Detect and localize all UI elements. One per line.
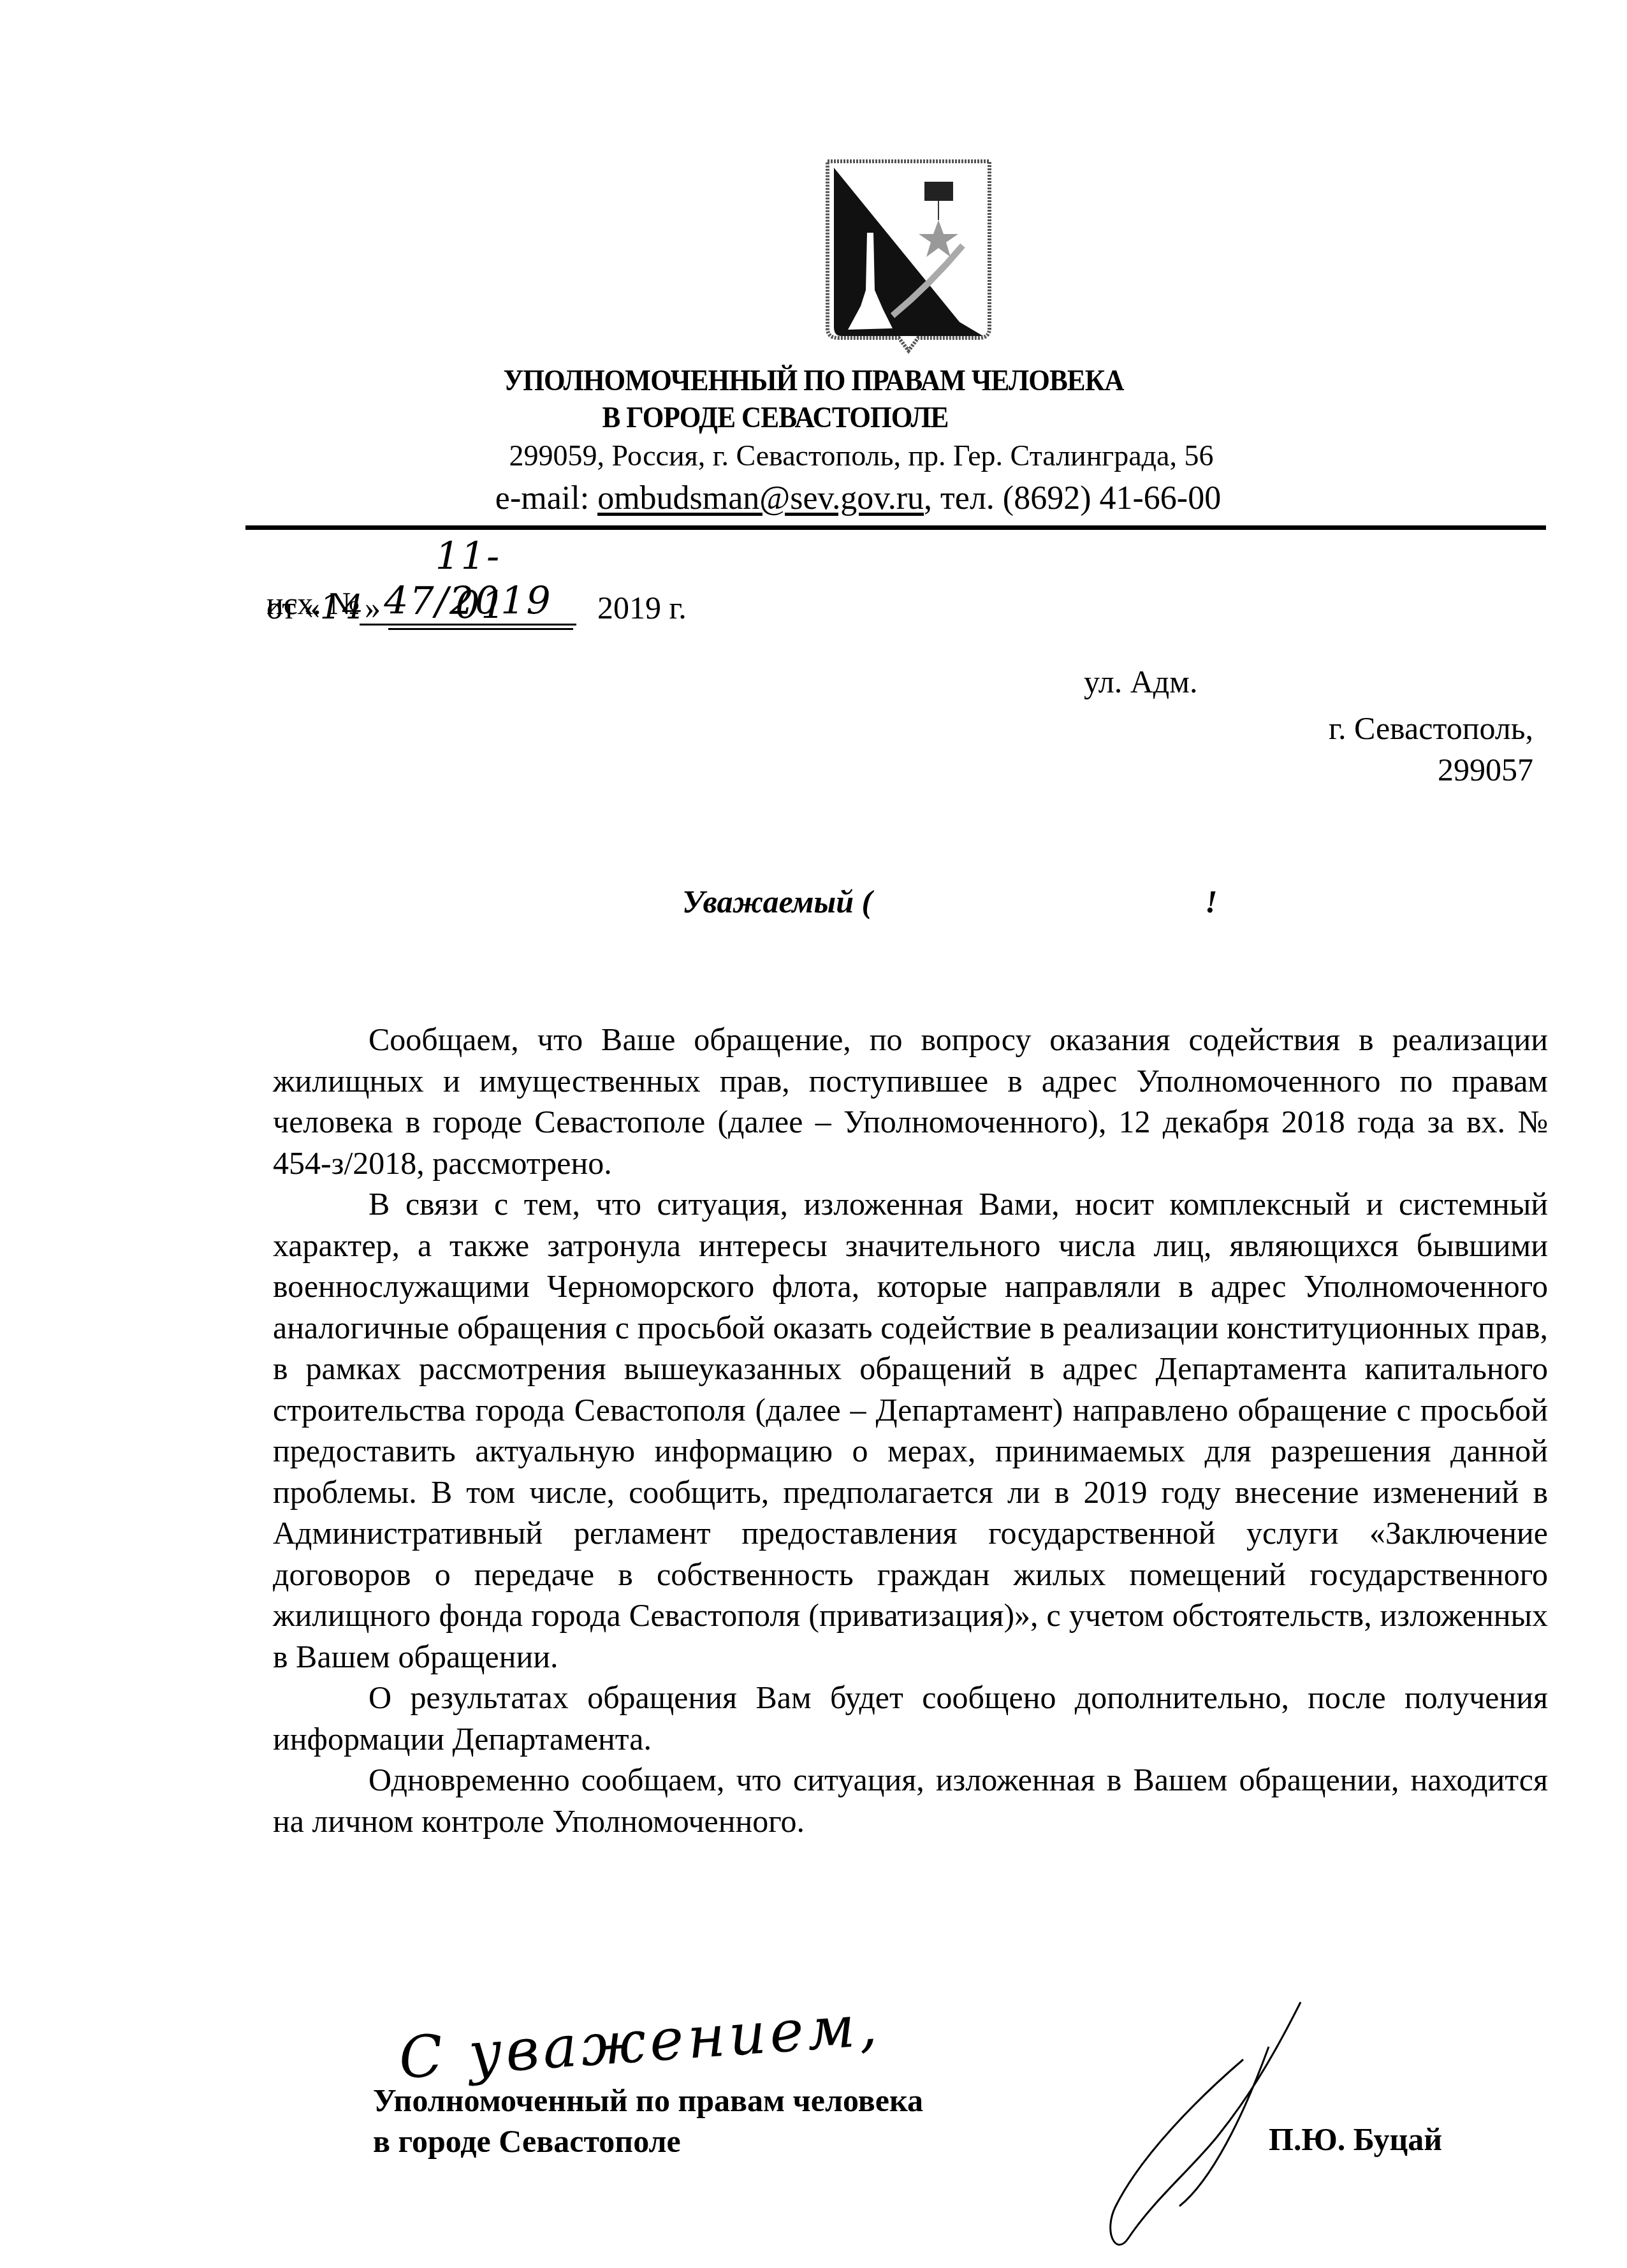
greeting-text: Уважаемый (	[682, 884, 872, 919]
signatory-position: Уполномоченный по правам человека в горо…	[373, 2080, 923, 2162]
body-paragraph: Сообщаем, что Ваше обращение, по вопросу…	[273, 1019, 1548, 1183]
email-link[interactable]: ombudsman@sev.gov.ru	[597, 480, 924, 516]
position-line1: Уполномоченный по правам человека	[373, 2080, 923, 2121]
coat-of-arms-icon	[822, 156, 995, 354]
email-label: e-mail:	[495, 480, 597, 516]
greeting: Уважаемый ( !	[682, 883, 872, 920]
org-title-line1: УПОЛНОМОЧЕННЫЙ ПО ПРАВАМ ЧЕЛОВЕКА	[65, 363, 1562, 398]
org-contact: e-mail: ombudsman@sev.gov.ru, тел. (8692…	[0, 479, 1627, 517]
org-address: 299059, Россия, г. Севастополь, пр. Гер.…	[0, 439, 1627, 472]
greeting-exclamation: !	[1205, 883, 1217, 920]
date-suffix: »	[365, 590, 381, 626]
date-year: 2019 г.	[597, 590, 687, 626]
letter-body: Сообщаем, что Ваше обращение, по вопросу…	[273, 1019, 1548, 1841]
body-paragraph: Одновременно сообщаем, что ситуация, изл…	[273, 1759, 1548, 1841]
recipient-postcode: 299057	[1084, 751, 1533, 788]
org-title-line2: В ГОРОДЕ СЕВАСТОПОЛЕ	[27, 400, 1524, 435]
recipient-city: г. Севастополь,	[1084, 710, 1533, 747]
phone: , тел. (8692) 41-66-00	[924, 480, 1221, 516]
body-paragraph: В связи с тем, что ситуация, изложенная …	[273, 1183, 1548, 1677]
position-line2: в городе Севастополе	[373, 2121, 923, 2162]
date-prefix: от «	[266, 590, 320, 626]
handwritten-closing: С уважением,	[397, 1992, 883, 2093]
date-month: 01	[455, 583, 506, 628]
outgoing-date: от «14» 01 2019 г.	[266, 583, 687, 630]
header-divider	[245, 525, 1546, 530]
date-day: 14	[320, 589, 365, 627]
signatory-name: П.Ю. Буцай	[1269, 2121, 1442, 2158]
body-paragraph: О результатах обращения Вам будет сообще…	[273, 1677, 1548, 1759]
recipient-street: ул. Адм.	[1084, 663, 1197, 700]
